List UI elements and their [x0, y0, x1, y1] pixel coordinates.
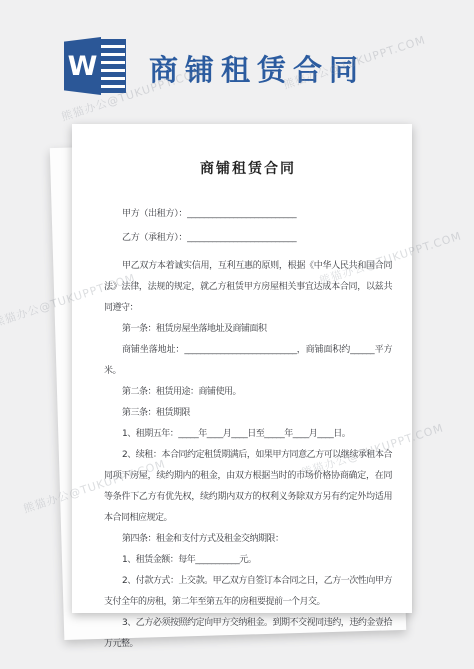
- document-title: 商铺租赁合同: [104, 158, 392, 178]
- party-b-line: 乙方（承租方）：__________________________: [104, 226, 392, 250]
- word-icon-panel: W: [64, 37, 101, 95]
- clause-3-item-1: 1、租期五年：_____年____月____日至_____年____月____日…: [104, 424, 392, 445]
- document-body: 甲乙双方本着诚实信用，互利互惠的原则，根据《中华人民共和国合同法》法律，法规的规…: [104, 256, 392, 655]
- word-icon-letter: W: [68, 53, 98, 80]
- page-title: 商铺租赁合同: [149, 48, 365, 89]
- paragraph-preamble: 甲乙双方本着诚实信用，互利互惠的原则，根据《中华人民共和国合同法》法律，法规的规…: [104, 256, 392, 319]
- clause-1-address-line: 商铺坐落地址：____________________________，商铺面积…: [104, 340, 392, 382]
- word-icon: W: [64, 37, 126, 95]
- clause-4-item-2: 2、付款方式：上交款。甲乙双方自签订本合同之日，乙方一次性向甲方支付全年的房租，…: [104, 571, 392, 613]
- clause-3-heading: 第三条：租赁期限: [104, 403, 392, 424]
- clause-3-item-2: 2、续租：本合同约定租赁期满后，如果甲方同意乙方可以继续承租本合同项下房屋，续约…: [104, 445, 392, 529]
- party-a-line: 甲方（出租方）：__________________________: [104, 202, 392, 226]
- clause-4-item-3: 3、乙方必须按照约定向甲方交纳租金。到期不交视同违约，违约金壹拾万元整。: [104, 613, 392, 655]
- clause-2-heading: 第二条：租赁用途：商铺使用。: [104, 382, 392, 403]
- clause-4-heading: 第四条：租金和支付方式及租金交纳期限：: [104, 529, 392, 550]
- document-page: 商铺租赁合同 甲方（出租方）：_________________________…: [72, 124, 412, 613]
- header: W 商铺租赁合同: [0, 0, 474, 118]
- clause-4-item-1: 1、租赁金额：每年___________元。: [104, 550, 392, 571]
- template-preview: 熊猫办公@TUKUPPT.COM 熊猫办公@TUKUPPT.COM 熊猫办公@T…: [0, 0, 474, 669]
- clause-1-heading: 第一条：租赁房屋坐落地址及商铺面积: [104, 319, 392, 340]
